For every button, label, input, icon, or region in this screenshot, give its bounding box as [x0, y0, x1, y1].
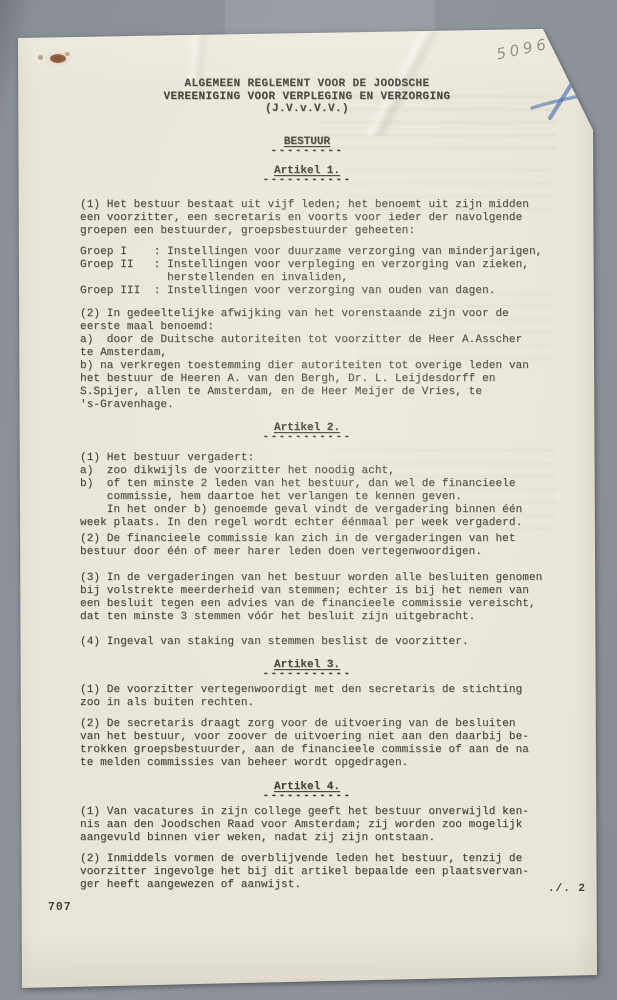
section-heading-bestuur: BESTUUR ---------	[16, 136, 598, 157]
document-page: 5096 ALGEMEEN REGLEMENT VOOR DE JOODSCHE…	[16, 28, 598, 990]
article-paragraph: (1) Van vacatures in zijn college geeft …	[80, 806, 529, 845]
heading-underline-dashes: -----------	[16, 431, 598, 443]
heading-underline-dashes: -----------	[16, 668, 598, 680]
heading-underline-dashes: -----------	[16, 174, 598, 186]
article-4-heading: Artikel 4. -----------	[16, 781, 598, 802]
article-3-heading: Artikel 3. -----------	[16, 659, 598, 680]
ink-speck	[112, 29, 115, 31]
article-paragraph: (2) In gedeeltelijke afwijking van het v…	[80, 308, 529, 412]
title-line: VEREENIGING VOOR VERPLEGING EN VERZORGIN…	[16, 91, 598, 104]
article-paragraph: (2) De secretaris draagt zorg voor de ui…	[80, 718, 529, 770]
article-paragraph: (2) De financieele commissie kan zich in…	[80, 533, 516, 559]
article-paragraph: (3) In de vergaderingen van het bestuur …	[80, 572, 542, 624]
article-paragraph: (4) Ingeval van staking van stemmen besl…	[80, 636, 469, 649]
article-paragraph-group-list: Groep I : Instellingen voor duurzame ver…	[80, 246, 542, 298]
continuation-mark: ./. 2	[548, 883, 586, 895]
heading-underline-dashes: ---------	[16, 145, 598, 157]
document-title: ALGEMEEN REGLEMENT VOOR DE JOODSCHE VERE…	[16, 78, 598, 116]
bleed-through-text	[76, 958, 376, 983]
article-paragraph: (1) De voorzitter vertegenwoordigt met d…	[80, 684, 522, 710]
heading-underline-dashes: -----------	[16, 790, 598, 802]
scanner-background: { "colors": { "background_gray": "#8f959…	[0, 0, 617, 1000]
rust-stain	[50, 54, 66, 63]
page-number: 707	[48, 901, 72, 914]
title-line: (J.V.v.V.V.)	[16, 103, 598, 116]
ink-speck	[117, 31, 119, 33]
rust-stain-speck	[38, 55, 43, 60]
article-1-heading: Artikel 1. -----------	[16, 165, 598, 186]
article-paragraph: (1) Het bestuur vergadert: a) zoo dikwij…	[80, 452, 522, 530]
title-line: ALGEMEEN REGLEMENT VOOR DE JOODSCHE	[16, 78, 598, 91]
article-2-heading: Artikel 2. -----------	[16, 422, 598, 443]
article-paragraph: (2) Inmiddels vormen de overblijvende le…	[80, 853, 529, 892]
paper-wrapper: 5096 ALGEMEEN REGLEMENT VOOR DE JOODSCHE…	[0, 0, 617, 1000]
rust-stain-speck	[65, 52, 70, 56]
article-paragraph: (1) Het bestuur bestaat uit vijf leden; …	[80, 199, 529, 238]
